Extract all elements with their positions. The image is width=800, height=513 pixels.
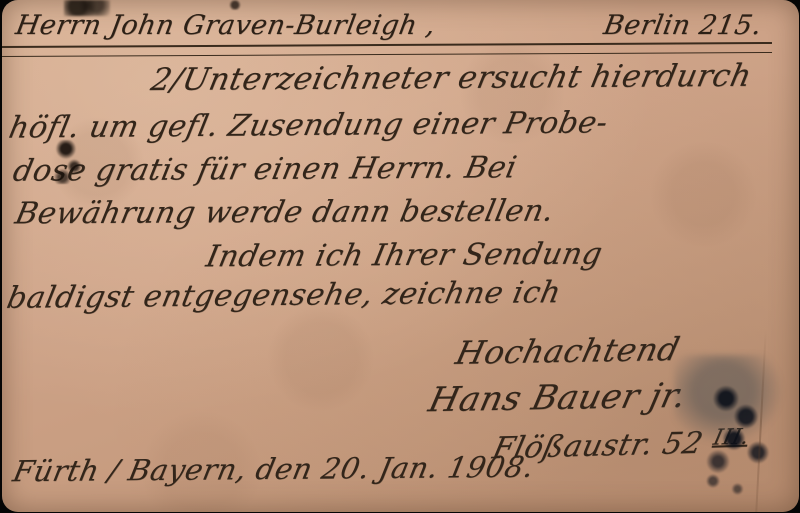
signature: Hans Bauer jr.: [425, 376, 691, 420]
scan-background: Herrn John Graven-Burleigh , Berlin 215.…: [0, 0, 800, 513]
body-line-3: dose gratis für einen Herrn. Bei: [10, 150, 520, 189]
body-line-2: höfl. um gefl. Zusendung einer Probe-: [6, 105, 611, 145]
body-line-5: Indem ich Ihrer Sendung: [203, 237, 605, 275]
postcard: Herrn John Graven-Burleigh , Berlin 215.…: [2, 0, 799, 512]
body-line-1: 2/Unterzeichneter ersucht hierdurch: [148, 58, 755, 98]
paper-crease: [755, 330, 767, 512]
address-underline-rule: [2, 42, 772, 57]
recipient-city: Berlin 215.: [602, 10, 765, 41]
dateline: Fürth / Bayern, den 20. Jan. 1908.: [10, 450, 537, 489]
floor-number: III.: [711, 425, 752, 451]
body-line-4: Bewährung werde dann bestellen.: [12, 194, 557, 232]
ink-spot-top: [228, 0, 242, 10]
ink-speckles-bottom-right: [692, 465, 762, 505]
closing-formula: Hochachtend: [452, 330, 683, 372]
recipient-line: Herrn John Graven-Burleigh , Berlin 215.: [16, 10, 762, 41]
body-line-6: baldigst entgegensehe, zeichne ich: [4, 275, 564, 316]
recipient-name: Herrn John Graven-Burleigh ,: [13, 10, 438, 41]
